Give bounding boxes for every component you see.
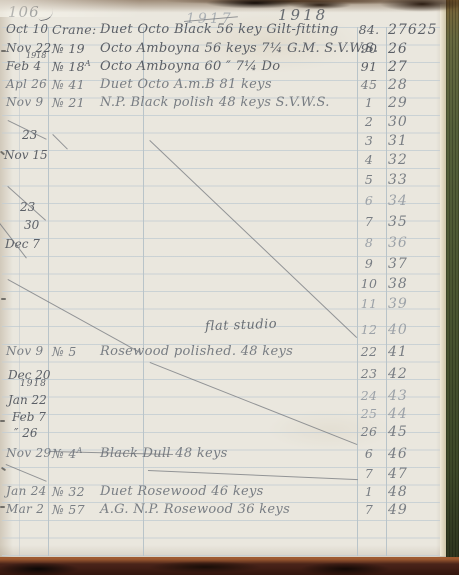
entry-serial: 45 (388, 424, 444, 440)
ledger-row: 432 (0, 152, 446, 171)
entry-serial: 33 (388, 172, 444, 188)
entry-quantity: 4 (354, 152, 384, 167)
entry-serial: 41 (388, 344, 444, 360)
ledger-row: 2544 (0, 406, 446, 425)
entry-quantity: 1 (354, 95, 384, 110)
entry-description: A.G. N.P. Rosewood 36 keys (100, 502, 358, 517)
ledger-row: Feb 41918№ 18AOcto Amboyna 60 ″ 7¼ Do912… (0, 59, 446, 78)
entry-date: Oct 10 (6, 22, 52, 36)
margin-date: 23 (20, 200, 35, 214)
ledger-row: Nov 22№ 19Octo Amboyna 56 keys 7¼ G.M. S… (0, 41, 446, 60)
entry-number: № 19 (52, 41, 100, 56)
entry-serial: 37 (388, 256, 444, 272)
entry-quantity: 6 (354, 446, 384, 461)
entry-serial: 48 (388, 484, 444, 500)
bottom-binding (0, 557, 459, 575)
entry-serial: 39 (388, 296, 444, 312)
entry-quantity: 84. (354, 22, 384, 37)
entry-number: № 4A (52, 446, 100, 461)
ledger-row: Jan 24№ 32Duet Rosewood 46 keys148 (0, 484, 446, 503)
entry-serial: 40 (388, 322, 444, 338)
margin-date: ″ 26 (14, 426, 38, 440)
entry-number: № 18A (52, 59, 100, 74)
entry-serial: 28 (388, 77, 444, 93)
entry-description: Octo Amboyna 60 ″ 7¼ Do (100, 59, 358, 74)
entry-quantity: 23 (354, 366, 384, 381)
entry-number: № 32 (52, 484, 100, 499)
entry-description: Duet Octo A.m.B 81 keys (100, 77, 358, 92)
entry-serial: 44 (388, 406, 444, 422)
ledger-row: 533 (0, 172, 446, 191)
entry-serial: 27625 (388, 22, 444, 38)
entry-date: Nov 9 (6, 95, 52, 109)
entry-serial: 30 (388, 114, 444, 130)
entry-date: Feb 41918 (6, 59, 52, 73)
entry-serial: 27 (388, 59, 444, 75)
entry-quantity: 1 (354, 484, 384, 499)
entry-serial: 47 (388, 466, 444, 482)
entry-description: Octo Amboyna 56 keys 7¼ G.M. S.V.W.S. (100, 41, 358, 56)
edge-mark (1, 50, 6, 52)
entry-serial: 38 (388, 276, 444, 292)
entry-serial: 31 (388, 133, 444, 149)
entry-serial: 49 (388, 502, 444, 518)
entry-quantity: 22 (354, 344, 384, 359)
margin-date: Nov 15 (4, 148, 48, 162)
ledger-row: 230 (0, 114, 446, 133)
entry-description: N.P. Black polish 48 keys S.V.W.S. (100, 95, 358, 110)
entry-date: Jan 24 (6, 484, 52, 498)
entry-number: № 41 (52, 77, 100, 92)
ledger-row: 747 (0, 466, 446, 485)
entry-quantity: 8 (354, 235, 384, 250)
entry-quantity: 10 (354, 276, 384, 291)
ledger-page: 106 1917 1918 Oct 10Crane:Duet Octo Blac… (0, 0, 446, 559)
entry-quantity: 91 (354, 59, 384, 74)
ledger-row: Nov 9№ 5Rosewood polished. 48 keys2241 (0, 344, 446, 363)
margin-date-year: 1918 (20, 379, 47, 389)
margin-date: Dec 201918 (8, 368, 51, 382)
entry-quantity: 7 (354, 214, 384, 229)
ledger-row: Nov 29№ 4ABlack Dull 48 keys646 (0, 446, 446, 465)
entry-quantity: 6 (354, 193, 384, 208)
entry-serial: 36 (388, 235, 444, 251)
ledger-row: Nov 9№ 21N.P. Black polish 48 keys S.V.W… (0, 95, 446, 114)
entry-quantity: 45 (354, 77, 384, 92)
ledger-scan: 106 1917 1918 Oct 10Crane:Duet Octo Blac… (0, 0, 459, 575)
entry-quantity: 26 (354, 424, 384, 439)
entry-quantity: 24 (354, 388, 384, 403)
entry-quantity: 5 (354, 172, 384, 187)
entry-date-year: 1918 (26, 51, 46, 60)
entry-quantity: 12 (354, 322, 384, 337)
entry-serial: 42 (388, 366, 444, 382)
entry-serial: 26 (388, 41, 444, 57)
ledger-row: 937 (0, 256, 446, 275)
margin-date: Feb 7 (12, 410, 46, 424)
margin-date: Jan 22 (8, 393, 47, 407)
edge-mark (0, 420, 5, 422)
edge-mark (0, 506, 5, 508)
entry-serial: 35 (388, 214, 444, 230)
ledger-row: 1038 (0, 276, 446, 295)
entry-serial: 34 (388, 193, 444, 209)
entry-number: № 5 (52, 344, 100, 359)
entry-number: Crane: (52, 22, 100, 37)
entry-quantity: 90 (354, 41, 384, 56)
entry-serial: 46 (388, 446, 444, 462)
entry-quantity: 25 (354, 406, 384, 421)
ledger-row: Apl 26№ 41Duet Octo A.m.B 81 keys4528 (0, 77, 446, 96)
entry-quantity: 3 (354, 133, 384, 148)
book-cover-edge (446, 0, 459, 575)
entry-quantity: 7 (354, 466, 384, 481)
entry-serial: 29 (388, 95, 444, 111)
flat-studio-note: flat studio (205, 317, 278, 335)
entry-date: Mar 2 (6, 502, 52, 516)
ledger-row: 735 (0, 214, 446, 233)
ledger-row: Mar 2№ 57A.G. N.P. Rosewood 36 keys749 (0, 502, 446, 521)
ledger-row: 2342 (0, 366, 446, 385)
ledger-row: 2645 (0, 424, 446, 443)
entry-description: Duet Octo Black 56 key Gilt-fitting (100, 22, 358, 37)
ledger-row: 836 (0, 235, 446, 254)
entry-description: Duet Rosewood 46 keys (100, 484, 358, 499)
entry-serial: 32 (388, 152, 444, 168)
entry-number: № 57 (52, 502, 100, 517)
entry-date: Nov 29 (6, 446, 52, 460)
burnt-top-edge (0, 0, 459, 17)
entry-serial: 43 (388, 388, 444, 404)
entry-date: Nov 9 (6, 344, 52, 358)
margin-date: 30 (24, 218, 39, 232)
edge-mark (1, 298, 6, 300)
entry-quantity: 2 (354, 114, 384, 129)
entry-number: № 21 (52, 95, 100, 110)
entry-quantity: 9 (354, 256, 384, 271)
entry-quantity: 7 (354, 502, 384, 517)
entry-date: Apl 26 (6, 77, 52, 91)
ledger-row: Oct 10Crane:Duet Octo Black 56 key Gilt-… (0, 22, 446, 41)
entry-quantity: 11 (354, 296, 384, 311)
